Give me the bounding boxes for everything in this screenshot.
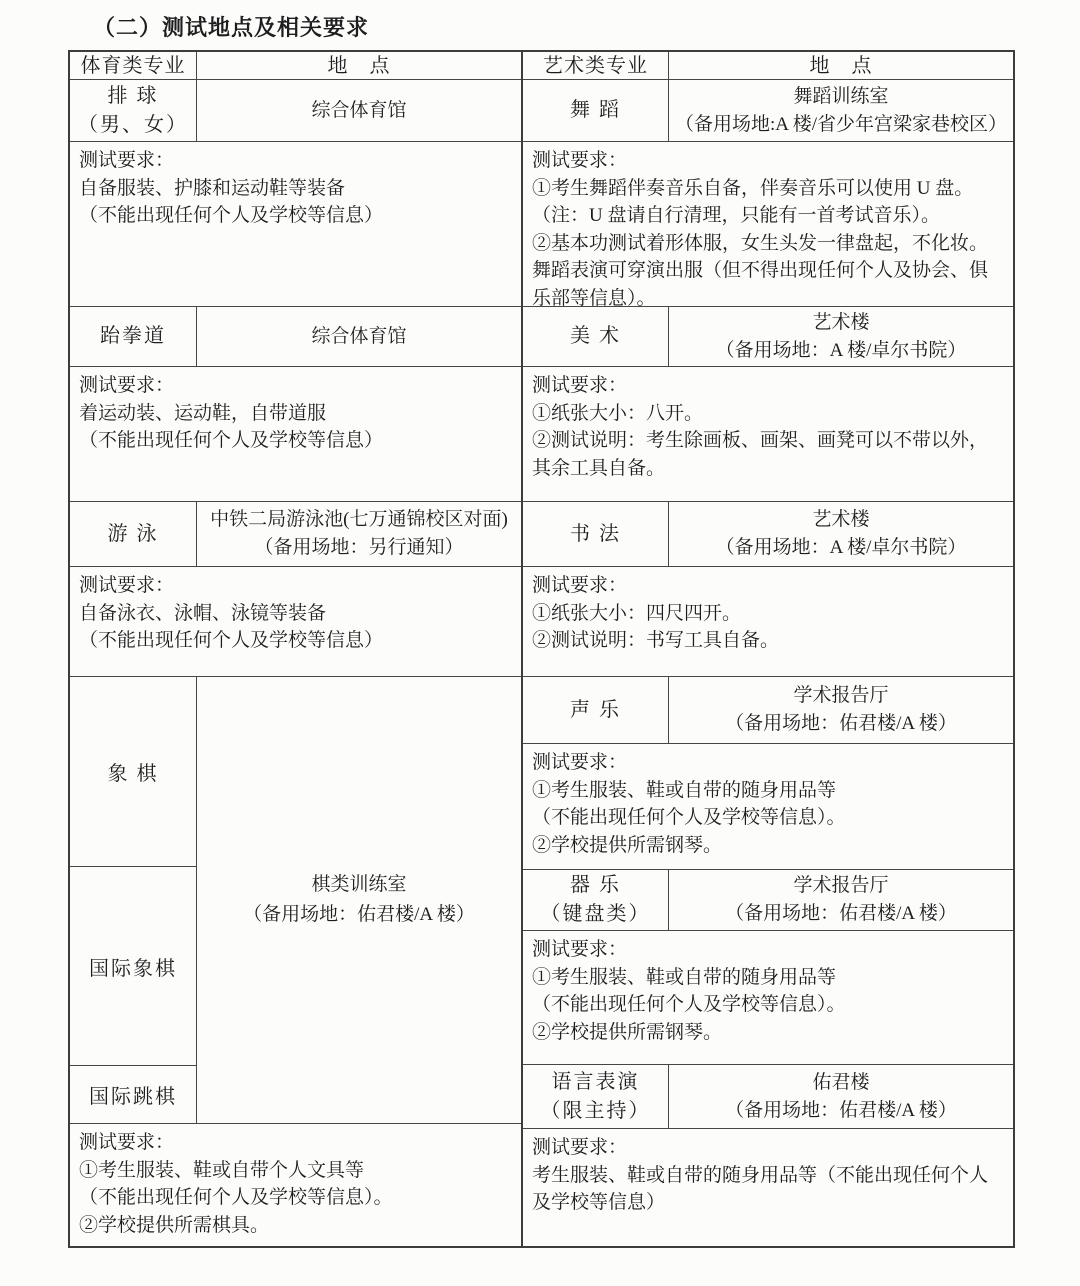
dance-major-cell: 舞 蹈 — [523, 80, 669, 141]
req-label: 测试要求： — [79, 147, 512, 175]
calligraphy-location-line2: （备用场地：A 楼/卓尔书院） — [716, 534, 967, 562]
calligraphy-requirements: 测试要求： ①纸张大小：四尺四开。 ②测试说明：书写工具自备。 — [523, 567, 1013, 677]
taekwondo-major-cell: 跆拳道 — [70, 307, 197, 366]
instrumental-location-line2: （备用场地：佑君楼/A 楼） — [725, 900, 957, 928]
fine-art-location-line1: 艺术楼 — [812, 309, 869, 337]
dance-location-line1: 舞蹈训练室 — [793, 83, 888, 111]
dance-row: 舞 蹈 舞蹈训练室 （备用场地:A 楼/省少年宫梁家巷校区） — [523, 80, 1013, 142]
fine-art-major-cell: 美 术 — [523, 307, 669, 366]
req-line: ①考生服装、鞋或自带的随身用品等 — [532, 964, 1004, 992]
req-label: 测试要求： — [532, 749, 1004, 777]
fine-art-requirements: 测试要求： ①纸张大小：八开。 ②测试说明：考生除画板、画架、画凳可以不带以外，… — [523, 367, 1013, 502]
instrumental-location-cell: 学术报告厅 （备用场地：佑君楼/A 楼） — [669, 870, 1013, 930]
calligraphy-name: 书 法 — [570, 520, 621, 549]
dance-requirements: 测试要求： ①考生舞蹈伴奏音乐自备，伴奏音乐可以使用 U 盘。 （注：U 盘请自… — [523, 142, 1013, 307]
taekwondo-name: 跆拳道 — [100, 322, 166, 351]
req-line: ②基本功测试着形体服，女生头发一律盘起，不化妆。舞蹈表演可穿演出服（但不得出现任… — [532, 230, 1004, 308]
swimming-requirements: 测试要求： 自备泳衣、泳帽、泳镜等装备 （不能出现任何个人及学校等信息） — [70, 567, 521, 677]
vocal-location-cell: 学术报告厅 （备用场地：佑君楼/A 楼） — [669, 677, 1013, 743]
req-line: 自备泳衣、泳帽、泳镜等装备 — [79, 600, 512, 628]
instrumental-name-line1: 器 乐 — [570, 871, 621, 900]
swimming-major-cell: 游 泳 — [70, 502, 197, 566]
vocal-location-line2: （备用场地：佑君楼/A 楼） — [725, 710, 957, 738]
req-label: 测试要求： — [532, 572, 1004, 600]
sports-column-group: 体育类专业 地 点 排 球 （男、女） 综合体育馆 测试要求： 自备服装、护膝和… — [70, 52, 523, 1246]
req-line: ②学校提供所需棋具。 — [79, 1212, 512, 1240]
req-line: 着运动装、运动鞋，自带道服 — [79, 400, 512, 428]
chess-location-line2: （备用场地：佑君楼/A 楼） — [243, 900, 475, 930]
req-line: ②测试说明：考生除画板、画架、画凳可以不带以外，其余工具自备。 — [532, 427, 1004, 482]
req-label: 测试要求： — [532, 936, 1004, 964]
language-performance-row: 语言表演 （限主持） 佑君楼 （备用场地：佑君楼/A 楼） — [523, 1065, 1013, 1129]
req-line: （不能出现任何个人及学校等信息） — [79, 427, 512, 455]
language-performance-requirements: 测试要求： 考生服装、鞋或自带的随身用品等（不能出现任何个人及学校等信息） — [523, 1129, 1013, 1246]
req-line: ①考生服装、鞋或自带的随身用品等 — [532, 777, 1004, 805]
chess-major-cells: 象 棋 国际象棋 国际跳棋 — [70, 677, 197, 1123]
language-performance-location-line2: （备用场地：佑君楼/A 楼） — [725, 1097, 957, 1125]
language-performance-location-cell: 佑君楼 （备用场地：佑君楼/A 楼） — [669, 1065, 1013, 1128]
req-line: （不能出现任何个人及学校等信息） — [79, 627, 512, 655]
vocal-name: 声 乐 — [570, 696, 621, 725]
swimming-location-cell: 中铁二局游泳池(七万通锦校区对面) （备用场地：另行通知） — [197, 502, 521, 566]
sports-location-header: 地 点 — [197, 52, 521, 79]
req-line: ②学校提供所需钢琴。 — [532, 832, 1004, 860]
taekwondo-row: 跆拳道 综合体育馆 — [70, 307, 521, 367]
instrumental-row: 器 乐 （键盘类） 学术报告厅 （备用场地：佑君楼/A 楼） — [523, 870, 1013, 931]
language-performance-name-line1: 语言表演 — [552, 1068, 640, 1097]
vocal-row: 声 乐 学术报告厅 （备用场地：佑君楼/A 楼） — [523, 677, 1013, 744]
vocal-location-line1: 学术报告厅 — [793, 682, 888, 710]
taekwondo-location-cell: 综合体育馆 — [197, 307, 521, 366]
dance-name: 舞 蹈 — [570, 96, 621, 125]
req-label: 测试要求： — [79, 372, 512, 400]
calligraphy-major-cell: 书 法 — [523, 502, 669, 566]
fine-art-location-cell: 艺术楼 （备用场地：A 楼/卓尔书院） — [669, 307, 1013, 366]
vocal-major-cell: 声 乐 — [523, 677, 669, 743]
dance-location-cell: 舞蹈训练室 （备用场地:A 楼/省少年宫梁家巷校区） — [669, 80, 1013, 141]
instrumental-name-line2: （键盘类） — [541, 900, 651, 929]
volleyball-requirements: 测试要求： 自备服装、护膝和运动鞋等装备 （不能出现任何个人及学校等信息） — [70, 142, 521, 307]
chess-rows-group: 象 棋 国际象棋 国际跳棋 棋类训练室 （备用场地：佑君楼/A 楼） — [70, 677, 521, 1124]
chess-major-cell: 象 棋 — [70, 677, 196, 867]
calligraphy-location-line1: 艺术楼 — [812, 506, 869, 534]
instrumental-major-cell: 器 乐 （键盘类） — [523, 870, 669, 930]
section-title: （二）测试地点及相关要求 — [93, 11, 369, 42]
language-performance-major-cell: 语言表演 （限主持） — [523, 1065, 669, 1128]
calligraphy-row: 书 法 艺术楼 （备用场地：A 楼/卓尔书院） — [523, 502, 1013, 567]
req-label: 测试要求： — [79, 1129, 512, 1157]
arts-major-header: 艺术类专业 — [523, 52, 669, 79]
arts-header-row: 艺术类专业 地 点 — [523, 52, 1013, 80]
arts-location-header: 地 点 — [669, 52, 1013, 79]
instrumental-requirements: 测试要求： ①考生服装、鞋或自带的随身用品等 （不能出现任何个人及学校等信息）。… — [523, 931, 1013, 1065]
taekwondo-location: 综合体育馆 — [311, 323, 406, 351]
calligraphy-location-cell: 艺术楼 （备用场地：A 楼/卓尔书院） — [669, 502, 1013, 566]
req-label: 测试要求： — [532, 147, 1004, 175]
req-line: ①纸张大小：四尺四开。 — [532, 600, 1004, 628]
swimming-name: 游 泳 — [108, 520, 159, 549]
vocal-requirements: 测试要求： ①考生服装、鞋或自带的随身用品等 （不能出现任何个人及学校等信息）。… — [523, 744, 1013, 870]
taekwondo-requirements: 测试要求： 着运动装、运动鞋，自带道服 （不能出现任何个人及学校等信息） — [70, 367, 521, 502]
chess-requirements: 测试要求： ①考生服装、鞋或自带个人文具等 （不能出现任何个人及学校等信息）。 … — [70, 1124, 521, 1246]
req-line: ①考生服装、鞋或自带个人文具等 — [79, 1157, 512, 1185]
fine-art-name: 美 术 — [570, 322, 621, 351]
swimming-location-line1: 中铁二局游泳池(七万通锦校区对面) — [210, 506, 508, 534]
instrumental-location-line1: 学术报告厅 — [793, 872, 888, 900]
req-label: 测试要求： — [532, 1134, 1004, 1162]
swimming-row: 游 泳 中铁二局游泳池(七万通锦校区对面) （备用场地：另行通知） — [70, 502, 521, 567]
req-label: 测试要求： — [532, 372, 1004, 400]
volleyball-row: 排 球 （男、女） 综合体育馆 — [70, 80, 521, 142]
volleyball-location-cell: 综合体育馆 — [197, 80, 521, 141]
volleyball-name-line1: 排 球 — [108, 82, 159, 111]
international-chess-major-cell: 国际象棋 — [70, 867, 196, 1066]
req-line: 考生服装、鞋或自带的随身用品等（不能出现任何个人及学校等信息） — [532, 1162, 1004, 1217]
sports-header-row: 体育类专业 地 点 — [70, 52, 521, 80]
swimming-location-line2: （备用场地：另行通知） — [254, 534, 463, 562]
arts-column-group: 艺术类专业 地 点 舞 蹈 舞蹈训练室 （备用场地:A 楼/省少年宫梁家巷校区）… — [523, 52, 1013, 1246]
req-line: 自备服装、护膝和运动鞋等装备 — [79, 175, 512, 203]
chess-location-line1: 棋类训练室 — [311, 870, 406, 900]
chess-location-cell: 棋类训练室 （备用场地：佑君楼/A 楼） — [197, 677, 521, 1123]
req-line: ②学校提供所需钢琴。 — [532, 1019, 1004, 1047]
volleyball-name-line2: （男、女） — [78, 111, 188, 140]
volleyball-major-cell: 排 球 （男、女） — [70, 80, 197, 141]
language-performance-name-line2: （限主持） — [541, 1097, 651, 1126]
req-line: （不能出现任何个人及学校等信息） — [79, 202, 512, 230]
req-line: （注：U 盘请自行清理，只能有一首考试音乐）。 — [532, 202, 1004, 230]
req-line: ①考生舞蹈伴奏音乐自备，伴奏音乐可以使用 U 盘。 — [532, 175, 1004, 203]
fine-art-location-line2: （备用场地：A 楼/卓尔书院） — [716, 337, 967, 365]
fine-art-row: 美 术 艺术楼 （备用场地：A 楼/卓尔书院） — [523, 307, 1013, 367]
req-label: 测试要求： — [79, 572, 512, 600]
language-performance-location-line1: 佑君楼 — [812, 1069, 869, 1097]
req-line: ①纸张大小：八开。 — [532, 400, 1004, 428]
dance-location-line2: （备用场地:A 楼/省少年宫梁家巷校区） — [675, 111, 1007, 139]
req-line: （不能出现任何个人及学校等信息）。 — [532, 804, 1004, 832]
req-line: （不能出现任何个人及学校等信息）。 — [532, 991, 1004, 1019]
document-page: （二）测试地点及相关要求 体育类专业 地 点 排 球 （男、女） 综合体育馆 测… — [0, 0, 1080, 1286]
test-locations-table: 体育类专业 地 点 排 球 （男、女） 综合体育馆 测试要求： 自备服装、护膝和… — [68, 50, 1015, 1248]
req-line: ②测试说明：书写工具自备。 — [532, 627, 1004, 655]
international-draughts-major-cell: 国际跳棋 — [70, 1066, 196, 1123]
volleyball-location: 综合体育馆 — [311, 97, 406, 125]
sports-major-header: 体育类专业 — [70, 52, 197, 79]
req-line: （不能出现任何个人及学校等信息）。 — [79, 1184, 512, 1212]
